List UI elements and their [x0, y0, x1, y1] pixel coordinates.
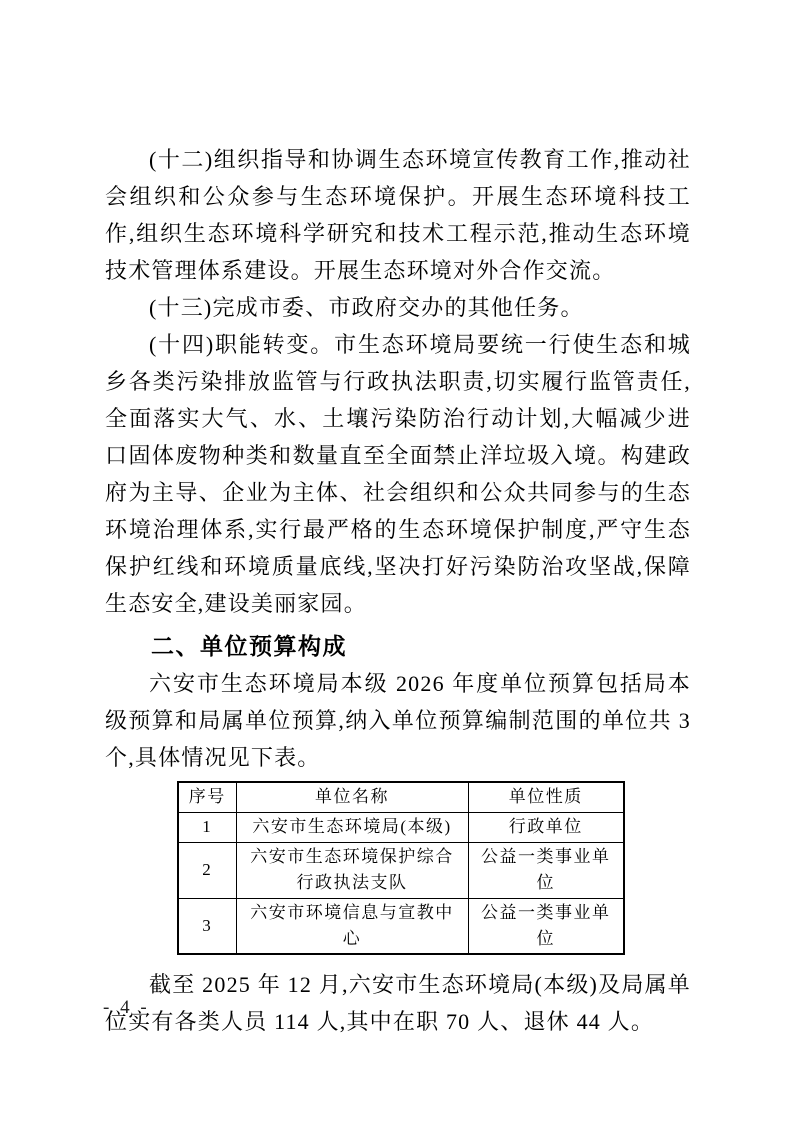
units-table-header-unit-type: 单位性质 — [468, 782, 624, 812]
section-heading-budget-composition: 二、单位预算构成 — [105, 628, 691, 665]
paragraph-item-13: (十三)完成市委、市政府交办的其他任务。 — [105, 289, 691, 326]
page-number: - 4 - — [103, 997, 150, 1019]
paragraph-staffing: 截至 2025 年 12 月,六安市生态环境局(本级)及局属单位实有各类人员 1… — [105, 966, 691, 1040]
units-table-cell-unit-name: 六安市环境信息与宣教中心 — [236, 898, 468, 954]
units-table-header-unit-name: 单位名称 — [236, 782, 468, 812]
units-table-header-seq: 序号 — [178, 782, 236, 812]
units-table-header-row: 序号 单位名称 单位性质 — [178, 782, 624, 812]
units-table: 序号 单位名称 单位性质 1 六安市生态环境局(本级) 行政单位 2 六安市生态… — [177, 781, 625, 955]
units-table-cell-seq: 3 — [178, 898, 236, 954]
paragraph-item-14: (十四)职能转变。市生态环境局要统一行使生态和城乡各类污染排放监管与行政执法职责… — [105, 326, 691, 622]
units-table-row-1: 1 六安市生态环境局(本级) 行政单位 — [178, 812, 624, 842]
units-table-cell-seq: 2 — [178, 842, 236, 898]
paragraph-budget-intro: 六安市生态环境局本级 2026 年度单位预算包括局本级预算和局属单位预算,纳入单… — [105, 665, 691, 776]
document-body: (十二)组织指导和协调生态环境宣传教育工作,推动社会组织和公众参与生态环境保护。… — [105, 141, 691, 1040]
units-table-cell-unit-name: 六安市生态环境保护综合行政执法支队 — [236, 842, 468, 898]
units-table-row-2: 2 六安市生态环境保护综合行政执法支队 公益一类事业单位 — [178, 842, 624, 898]
paragraph-item-12: (十二)组织指导和协调生态环境宣传教育工作,推动社会组织和公众参与生态环境保护。… — [105, 141, 691, 289]
units-table-row-3: 3 六安市环境信息与宣教中心 公益一类事业单位 — [178, 898, 624, 954]
units-table-cell-unit-type: 行政单位 — [468, 812, 624, 842]
units-table-cell-unit-name: 六安市生态环境局(本级) — [236, 812, 468, 842]
units-table-cell-seq: 1 — [178, 812, 236, 842]
document-page: (十二)组织指导和协调生态环境宣传教育工作,推动社会组织和公众参与生态环境保护。… — [0, 0, 793, 1122]
units-table-cell-unit-type: 公益一类事业单位 — [468, 898, 624, 954]
units-table-cell-unit-type: 公益一类事业单位 — [468, 842, 624, 898]
